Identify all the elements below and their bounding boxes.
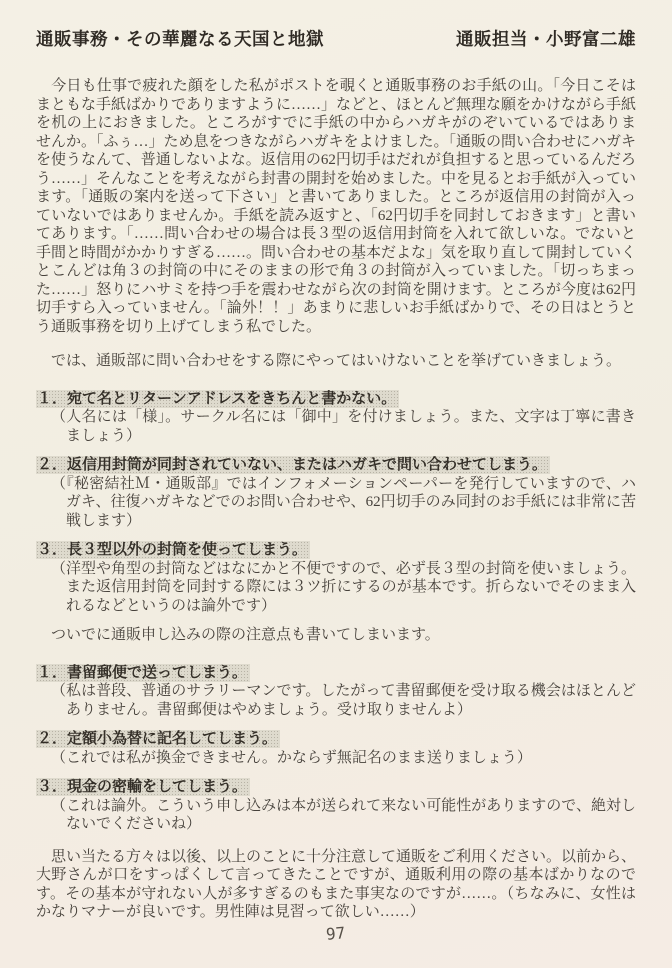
rule-heading: １．宛て名とリターンアドレスをきちんと書かない。 [36,390,636,409]
order-rules-list: １．書留郵便で送ってしまう。 （私は普段、普通のサラリーマンです。したがって書留… [36,664,636,834]
highlighted-heading-text: １．宛て名とリターンアドレスをきちんと書かない。 [36,390,399,408]
list-item: １．書留郵便で送ってしまう。 （私は普段、普通のサラリーマンです。したがって書留… [36,664,636,720]
highlighted-heading-text: ３．現金の密輸をしてしまう。 [36,778,250,796]
rule-heading: ２．返信用封筒が同封されていない、またはハガキで問い合わせてしまう。 [36,456,636,475]
scanned-document-page: 通販事務・その華麗なる天国と地獄 通販担当・小野富二雄 今日も仕事で疲れた顔をし… [0,0,672,968]
highlighted-heading-text: ２．定額小為替に記名してしまう。 [36,730,280,748]
list-item: ２．返信用封筒が同封されていない、またはハガキで問い合わせてしまう。 （『秘密結… [36,456,636,530]
page-number: 97 [36,924,636,943]
order-lead-sentence: ついでに通販申し込みの際の注意点も書いてしまいます。 [36,626,636,645]
intro-paragraph: 今日も仕事で疲れた顔をした私がポストを覗くと通販事務のお手紙の山。「今日こそはま… [36,77,636,336]
closing-paragraph: 思い当たる方々は以後、以上のことに十分注意して通販をご利用ください。以前から、大… [36,848,636,922]
rule-note: （これは論外。こういう申し込みは本が送られて来ない可能性がありますので、絶対しな… [36,797,636,834]
rule-note: （『秘密結社Ｍ・通販部』ではインフォメーションペーパーを発行していますので、ハガ… [36,475,636,531]
list-item: １．宛て名とリターンアドレスをきちんと書かない。 （人名には「様」。サークル名に… [36,390,636,446]
highlighted-heading-text: ２．返信用封筒が同封されていない、またはハガキで問い合わせてしまう。 [36,456,550,474]
rule-heading: １．書留郵便で送ってしまう。 [36,664,636,683]
rule-heading: ２．定額小為替に記名してしまう。 [36,730,636,749]
page-number-value: 97 [326,923,347,944]
inquiry-lead-sentence: では、通販部に問い合わせをする際にやってはいけないことを挙げていきましょう。 [36,352,636,371]
rule-note: （人名には「様」。サークル名には「御中」を付けましょう。また、文字は丁寧に書きま… [36,408,636,445]
rule-note: （これでは私が換金できません。かならず無記名のまま送りましょう） [36,749,636,768]
rule-heading: ３．現金の密輸をしてしまう。 [36,778,636,797]
highlighted-heading-text: １．書留郵便で送ってしまう。 [36,664,250,682]
inquiry-rules-list: １．宛て名とリターンアドレスをきちんと書かない。 （人名には「様」。サークル名に… [36,390,636,616]
highlighted-heading-text: ３．長３型以外の封筒を使ってしまう。 [36,541,310,559]
title-bar: 通販事務・その華麗なる天国と地獄 通販担当・小野富二雄 [36,26,636,51]
rule-note: （私は普段、普通のサラリーマンです。したがって書留郵便を受け取る機会はほとんどあ… [36,682,636,719]
rule-heading: ３．長３型以外の封筒を使ってしまう。 [36,541,636,560]
author-credit: 通販担当・小野富二雄 [456,26,636,51]
list-item: ３．長３型以外の封筒を使ってしまう。 （洋型や角型の封筒などはなにかと不便ですの… [36,541,636,615]
list-item: ３．現金の密輸をしてしまう。 （これは論外。こういう申し込みは本が送られて来ない… [36,778,636,834]
rule-note: （洋型や角型の封筒などはなにかと不便ですので、必ず長３型の封筒を使いましょう。ま… [36,560,636,616]
list-item: ２．定額小為替に記名してしまう。 （これでは私が換金できません。かならず無記名の… [36,730,636,767]
page-title: 通販事務・その華麗なる天国と地獄 [36,26,324,51]
